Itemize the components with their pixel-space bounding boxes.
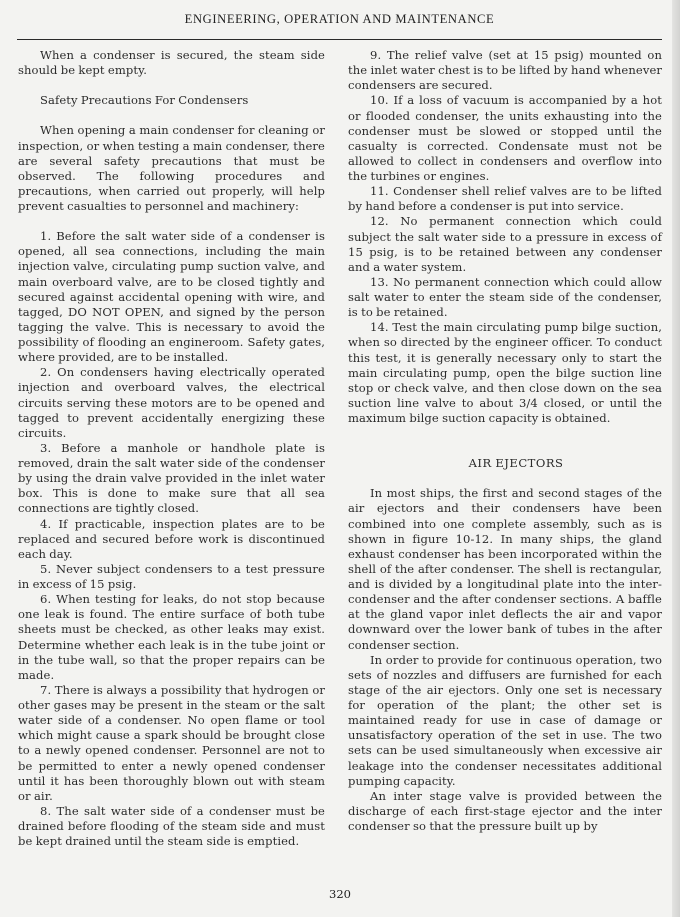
precaution-item-14: 14. Test the main circulating pump bilge… [348,320,662,426]
precaution-item-6: 6. When testing for leaks, do not stop b… [18,592,325,683]
precaution-item-10: 10. If a loss of vacuum is accompanied b… [348,93,662,184]
left-column: When a condenser is secured, the steam s… [18,48,325,849]
air-ejectors-paragraph-3: An inter stage valve is provided between… [348,789,662,834]
running-head: ENGINEERING, OPERATION AND MAINTENANCE [17,12,662,27]
precaution-item-7: 7. There is always a possibility that hy… [18,683,325,804]
precaution-item-2: 2. On condensers having electrically ope… [18,365,325,441]
precaution-item-1: 1. Before the salt water side of a conde… [18,229,325,365]
page-edge-shadow [672,0,680,917]
section-heading-air-ejectors: AIR EJECTORS [348,456,662,471]
precaution-item-11: 11. Condenser shell relief valves are to… [348,184,662,214]
precaution-item-9: 9. The relief valve (set at 15 psig) mou… [348,48,662,93]
intro-paragraph: When a condenser is secured, the steam s… [18,48,325,78]
precaution-item-3: 3. Before a manhole or handhole plate is… [18,441,325,517]
lead-paragraph: When opening a main condenser for cleani… [18,123,325,214]
air-ejectors-paragraph-2: In order to provide for continuous opera… [348,653,662,789]
precaution-item-8: 8. The salt water side of a condenser mu… [18,804,325,849]
page-number: 320 [0,887,680,901]
precaution-item-5: 5. Never subject condensers to a test pr… [18,562,325,592]
precaution-item-13: 13. No permanent connection which could … [348,275,662,320]
precaution-item-12: 12. No permanent connection which could … [348,214,662,275]
precaution-item-4: 4. If practicable, inspection plates are… [18,517,325,562]
subheading-safety-precautions: Safety Precautions For Condensers [18,93,325,108]
right-column: 9. The relief valve (set at 15 psig) mou… [348,48,662,834]
air-ejectors-paragraph-1: In most ships, the first and second stag… [348,486,662,652]
header-rule [17,39,662,40]
